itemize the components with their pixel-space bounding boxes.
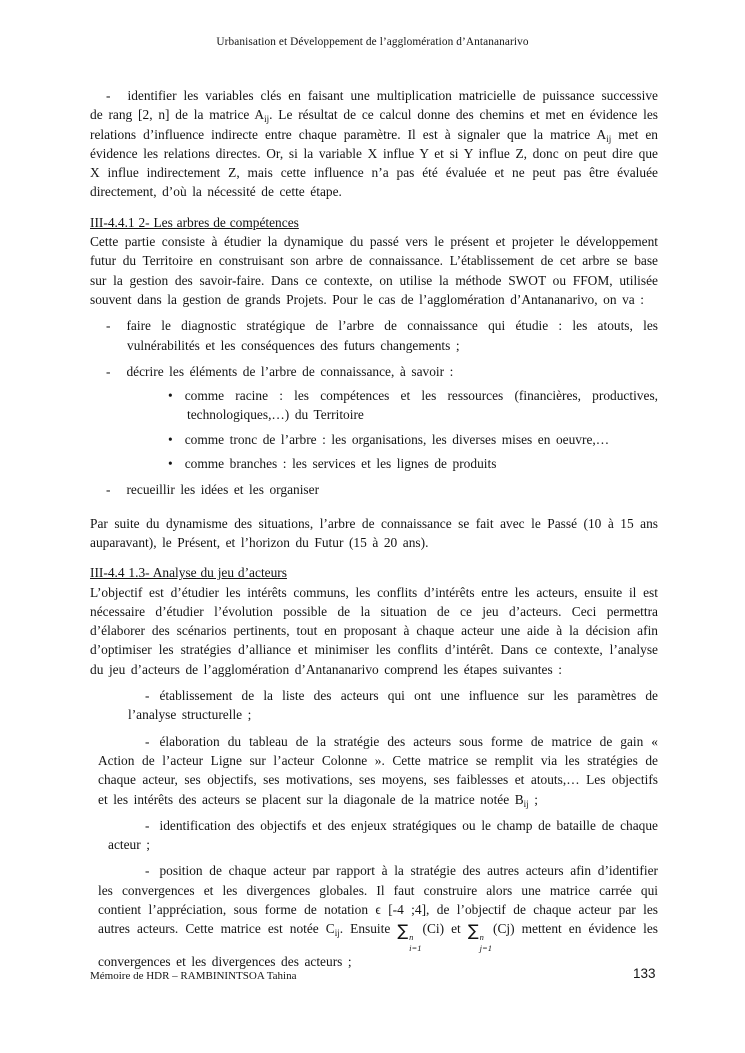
sum-superscript: n [409,933,421,942]
dash-marker: - [145,863,149,878]
dash-marker: - [145,734,149,749]
list-item-faire-diagnostic: -faire le diagnostic stratégique de l’ar… [90,316,658,355]
bullet-item-tronc: •comme tronc de l’arbre : les organisati… [90,430,658,449]
bullet-marker: • [168,388,173,403]
summation-cj: ∑nj=1 [468,921,493,936]
text-run: décrire les éléments de l’arbre de conna… [126,364,453,379]
text-run: élaboration du tableau de la stratégie d… [98,734,658,807]
step-position: -position de chaque acteur par rapport à… [90,861,658,971]
dash-marker: - [145,688,149,703]
sigma-symbol: ∑ [397,921,408,940]
sum-subscript: i=1 [409,944,421,953]
text-run: comme racine : les compétences et les re… [185,388,658,422]
sigma-symbol: ∑ [468,921,479,940]
paragraph-cette-partie: Cette partie consiste à étudier la dynam… [90,232,658,309]
bullet-marker: • [168,432,173,447]
step-etablissement: -établissement de la liste des acteurs q… [90,686,658,725]
text-run: comme tronc de l’arbre : les organisatio… [185,432,609,447]
list-item-recueillir: -recueillir les idées et les organiser [90,480,658,499]
dash-marker: - [106,482,110,497]
text-run: ; [529,792,538,807]
step-identification: -identification des objectifs et des enj… [90,816,658,855]
list-item-decrire-elements: -décrire les éléments de l’arbre de conn… [90,362,658,381]
bullet-item-branches: •comme branches : les services et les li… [90,454,658,473]
step-elaboration: -élaboration du tableau de la stratégie … [90,732,658,809]
paragraph-par-suite: Par suite du dynamisme des situations, l… [90,514,658,553]
section-heading-analyse-jeu-acteurs: III-4.4 1.3- Analyse du jeu d’acteurs [90,563,658,582]
paragraph-identifier-variables: -identifier les variables clés en faisan… [90,86,658,202]
section-heading-arbres-competences: III-4.4.1 2- Les arbres de compétences [90,213,658,232]
page-content: -identifier les variables clés en faisan… [90,86,658,972]
text-run: (Ci) et [423,921,468,936]
running-header: Urbanisation et Développement de l’agglo… [0,36,745,48]
text-run: recueillir les idées et les organiser [126,482,319,497]
text-run: . Ensuite [340,921,398,936]
text-run: établissement de la liste des acteurs qu… [128,688,658,722]
paragraph-objectif: L’objectif est d’étudier les intérêts co… [90,583,658,679]
text-run: comme branches : les services et les lig… [185,456,497,471]
text-run: faire le diagnostic stratégique de l’arb… [126,318,658,352]
page-number: 133 [633,966,656,981]
sum-superscript: n [480,933,492,942]
dash-marker: - [106,88,110,103]
dash-marker: - [106,364,110,379]
bullet-marker: • [168,456,173,471]
summation-ci: ∑ni=1 [397,921,422,936]
text-run: identification des objectifs et des enje… [108,818,658,852]
dash-marker: - [145,818,149,833]
sum-subscript: j=1 [480,944,492,953]
dash-marker: - [106,318,110,333]
footer-author: Mémoire de HDR – RAMBININTSOA Tahina [90,970,296,982]
bullet-item-racine: •comme racine : les compétences et les r… [90,386,658,425]
document-page: Urbanisation et Développement de l’agglo… [0,0,745,1053]
